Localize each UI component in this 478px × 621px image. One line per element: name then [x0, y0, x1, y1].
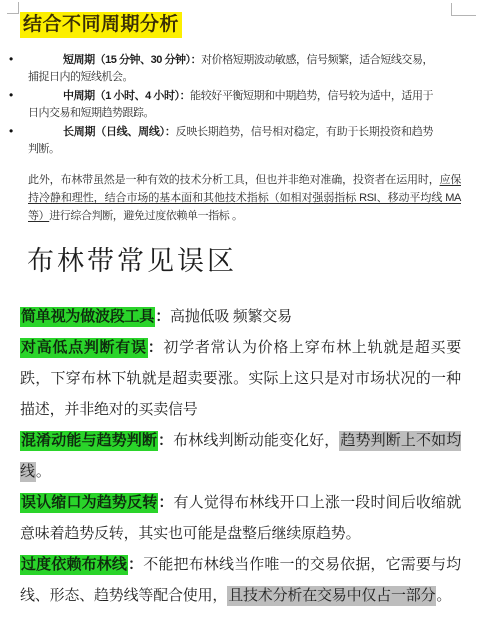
- bullet-label: 短周期（15 分钟、30 分钟）：: [63, 54, 201, 66]
- label-colon: ：: [155, 309, 170, 325]
- section-title-multi-period: 结合不同周期分析: [20, 13, 478, 37]
- note-text-leading: 此外，布林带虽然是一种有效的技术分析工具，但也并非绝对准确，投资者在运用时，: [28, 174, 440, 186]
- note-text-trailing: 进行综合判断，避免过度依赖单一指标 。: [49, 210, 242, 222]
- green-highlight-label: 混淆动能与趋势判断: [20, 431, 158, 451]
- page-heading-misconceptions: 布林带常见误区: [27, 245, 478, 277]
- bullet-label: 长周期（日线、周线）：: [63, 126, 176, 138]
- label-colon: ：: [148, 340, 164, 356]
- green-highlight-label: 简单视为做波段工具: [20, 307, 155, 327]
- misconception-item-momentum-vs-trend: 混淆动能与趋势判断：布林线判断动能变化好，趋势判断上不如均线。: [20, 426, 461, 488]
- bullet-item-mid-period: •中周期（1 小时、4 小时）：能较好平衡短期和中期趋势，信号较为适中，适用于日…: [28, 88, 433, 122]
- green-highlight-label: 对高低点判断有误: [20, 338, 148, 358]
- bullet-label: 中周期（1 小时、4 小时）：: [63, 90, 190, 102]
- caution-paragraph: 此外，布林带虽然是一种有效的技术分析工具，但也并非绝对准确，投资者在运用时，应保…: [28, 171, 461, 225]
- bullet-marker-icon: •: [9, 123, 13, 140]
- label-colon: ：: [128, 557, 143, 573]
- label-colon: ：: [158, 495, 173, 511]
- bullet-marker-icon: •: [9, 51, 13, 68]
- misconception-item-swing-tool: 简单视为做波段工具：高抛低吸 频繁交易: [20, 302, 461, 333]
- bullet-item-short-period: •短周期（15 分钟、30 分钟）：对价格短期波动敏感，信号频繁，适合短线交易，…: [28, 52, 433, 86]
- item-text-tail: 。: [436, 588, 451, 604]
- yellow-highlight-title: 结合不同周期分析: [20, 12, 182, 38]
- bullet-marker-icon: •: [9, 87, 13, 104]
- green-highlight-label: 误认缩口为趋势反转: [20, 493, 158, 513]
- misconception-item-squeeze-reversal: 误认缩口为趋势反转：有人觉得布林线开口上涨一段时间后收缩就意味着趋势反转，其实也…: [20, 488, 461, 550]
- misconception-list: 简单视为做波段工具：高抛低吸 频繁交易 对高低点判断有误：初学者常认为价格上穿布…: [20, 302, 461, 612]
- misconception-item-high-low-misjudge: 对高低点判断有误：初学者常认为价格上穿布林上轨就是超买要跌，下穿布林下轨就是超卖…: [20, 333, 461, 426]
- document-page: 结合不同周期分析 •短周期（15 分钟、30 分钟）：对价格短期波动敏感，信号频…: [0, 0, 478, 621]
- item-text: 高抛低吸 频繁交易: [170, 309, 292, 325]
- text-boundary-mark-top-right: [451, 3, 476, 16]
- bullet-item-long-period: •长周期（日线、周线）：反映长期趋势，信号相对稳定，有助于长期投资和趋势判断。: [28, 124, 433, 158]
- label-colon: ：: [158, 433, 173, 449]
- gray-highlight-text: 且技术分析在交易中仅占一部分: [227, 586, 436, 606]
- period-bullet-list: •短周期（15 分钟、30 分钟）：对价格短期波动敏感，信号频繁，适合短线交易，…: [0, 52, 433, 158]
- misconception-item-over-reliance: 过度依赖布林线：不能把布林线当作唯一的交易依据，它需要与均线、形态、趋势线等配合…: [20, 550, 461, 612]
- text-boundary-mark-top-left: [7, 2, 19, 14]
- green-highlight-label: 过度依赖布林线: [20, 555, 128, 575]
- item-text-tail: 。: [36, 464, 51, 480]
- item-text: 布林线判断动能变化好，: [173, 433, 339, 449]
